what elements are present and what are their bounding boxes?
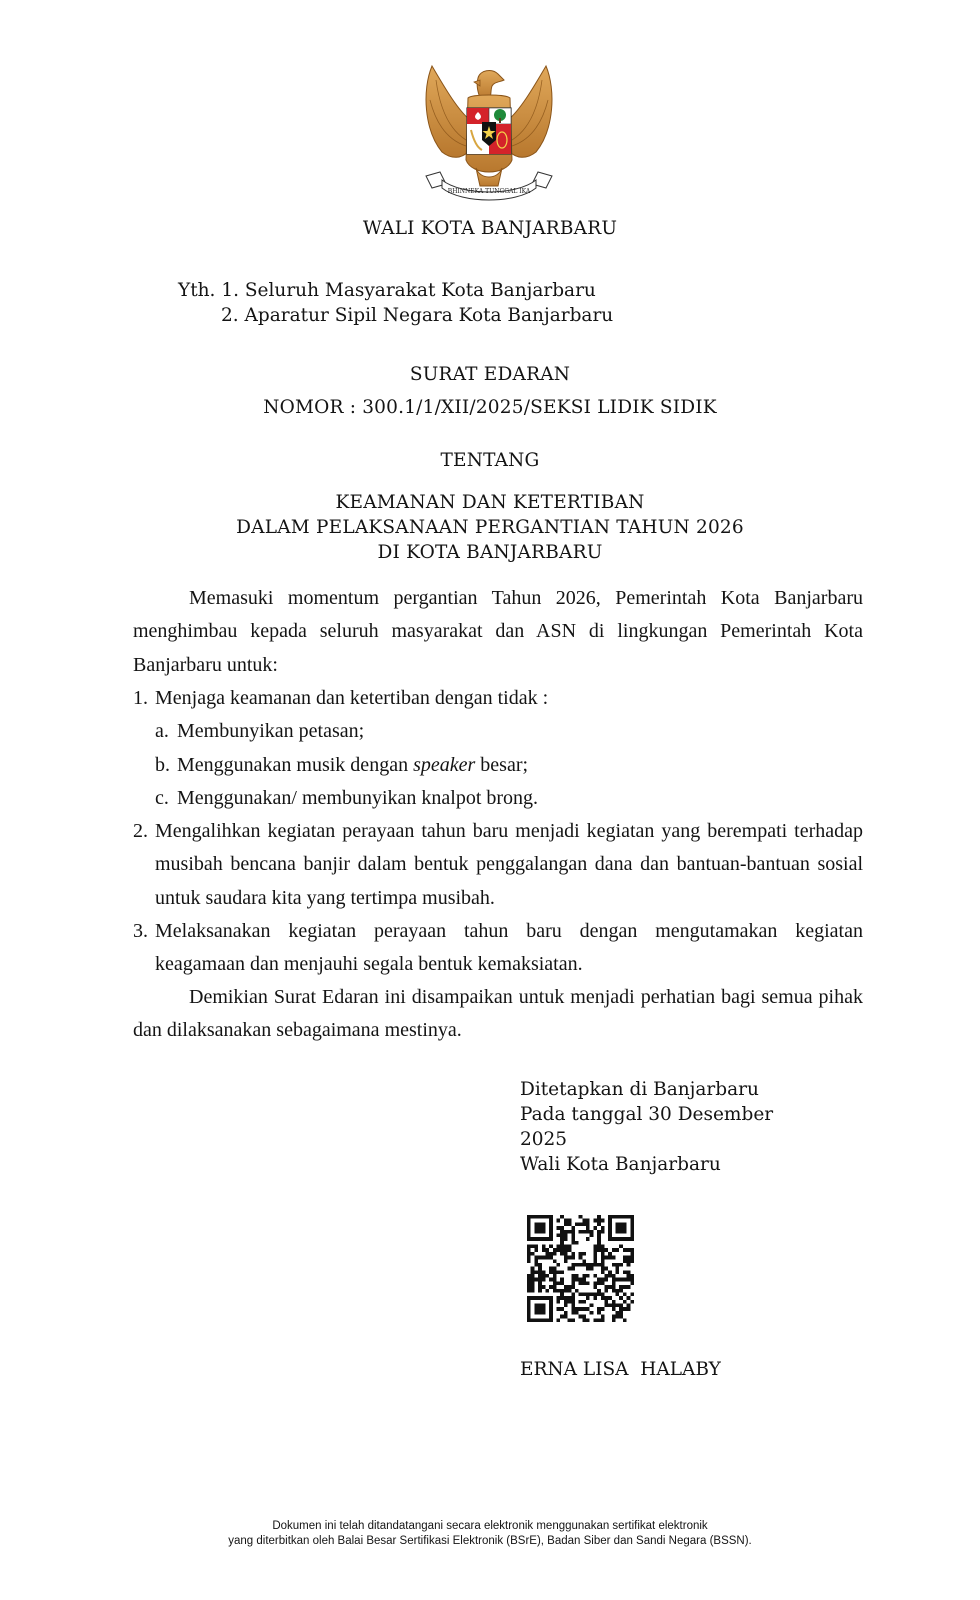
signature-date-line-2: 2025	[520, 1127, 567, 1152]
recipient-item: 1. Seluruh Masyarakat Kota Banjarbaru	[221, 280, 596, 301]
list-number: 1.	[133, 682, 155, 715]
list-item-2: 2. Mengalihkan kegiatan perayaan tahun b…	[133, 815, 863, 915]
sub-text-part: besar;	[475, 754, 528, 776]
signature-date-line-1: Pada tanggal 30 Desember	[520, 1102, 773, 1127]
list-text: Mengalihkan kegiatan perayaan tahun baru…	[155, 815, 863, 915]
sub-text: Menggunakan/ membunyikan knalpot brong.	[177, 782, 863, 815]
footer-line-1: Dokumen ini telah ditandatangani secara …	[0, 1519, 980, 1534]
about-label: TENTANG	[0, 450, 980, 471]
footer-line-2: yang diterbitkan oleh Balai Besar Sertif…	[0, 1534, 980, 1549]
closing-paragraph: Demikian Surat Edaran ini disampaikan un…	[133, 981, 863, 1048]
signature-place: Ditetapkan di Banjarbaru	[520, 1077, 759, 1102]
sub-item-a: a. Membunyikan petasan;	[133, 715, 863, 748]
sub-text: Menggunakan musik dengan speaker besar;	[177, 749, 863, 782]
sub-item-c: c. Menggunakan/ membunyikan knalpot bron…	[133, 782, 863, 815]
subject-line-1: KEAMANAN DAN KETERTIBAN	[0, 492, 980, 513]
list-item-3: 3. Melaksanakan kegiatan perayaan tahun …	[133, 915, 863, 982]
e-signature-notice: Dokumen ini telah ditandatangani secara …	[0, 1519, 980, 1549]
svg-text:BHINNEKA TUNGGAL IKA: BHINNEKA TUNGGAL IKA	[448, 188, 531, 195]
sub-text-part: Menggunakan musik dengan	[177, 754, 413, 776]
subject-line-2: DALAM PELAKSANAAN PERGANTIAN TAHUN 2026	[0, 517, 980, 538]
sub-text: Membunyikan petasan;	[177, 715, 863, 748]
garuda-emblem-icon: BHINNEKA TUNGGAL IKA	[422, 60, 556, 206]
sub-number: c.	[155, 782, 177, 815]
qr-code-icon	[527, 1215, 634, 1322]
signatory-name: ERNA LISA HALABY	[520, 1357, 721, 1382]
recipient-line-1: Yth. 1. Seluruh Masyarakat Kota Banjarba…	[178, 280, 596, 301]
intro-paragraph: Memasuki momentum pergantian Tahun 2026,…	[133, 582, 863, 682]
recipient-item: 2. Aparatur Sipil Negara Kota Banjarbaru	[221, 305, 613, 326]
sub-number: a.	[155, 715, 177, 748]
intro-text: Memasuki momentum pergantian Tahun 2026,…	[133, 587, 863, 676]
sub-number: b.	[155, 749, 177, 782]
document-number: NOMOR : 300.1/1/XII/2025/SEKSI LIDIK SID…	[0, 397, 980, 418]
recipient-prefix: Yth.	[178, 280, 215, 301]
signature-position: Wali Kota Banjarbaru	[520, 1152, 721, 1177]
list-text: Menjaga keamanan dan ketertiban dengan t…	[155, 682, 863, 715]
list-text: Melaksanakan kegiatan perayaan tahun bar…	[155, 915, 863, 982]
list-item-1: 1. Menjaga keamanan dan ketertiban denga…	[133, 682, 863, 715]
subject-line-3: DI KOTA BANJARBARU	[0, 542, 980, 563]
recipient-line-2: 2. Aparatur Sipil Negara Kota Banjarbaru	[221, 305, 613, 326]
list-number: 2.	[133, 815, 155, 915]
instruction-list: 1. Menjaga keamanan dan ketertiban denga…	[133, 682, 863, 982]
closing-text: Demikian Surat Edaran ini disampaikan un…	[133, 986, 863, 1041]
issuer-heading: WALI KOTA BANJARBARU	[0, 218, 980, 239]
document-type: SURAT EDARAN	[0, 364, 980, 385]
sub-item-b: b. Menggunakan musik dengan speaker besa…	[133, 749, 863, 782]
list-number: 3.	[133, 915, 155, 982]
sub-text-italic: speaker	[413, 754, 475, 776]
